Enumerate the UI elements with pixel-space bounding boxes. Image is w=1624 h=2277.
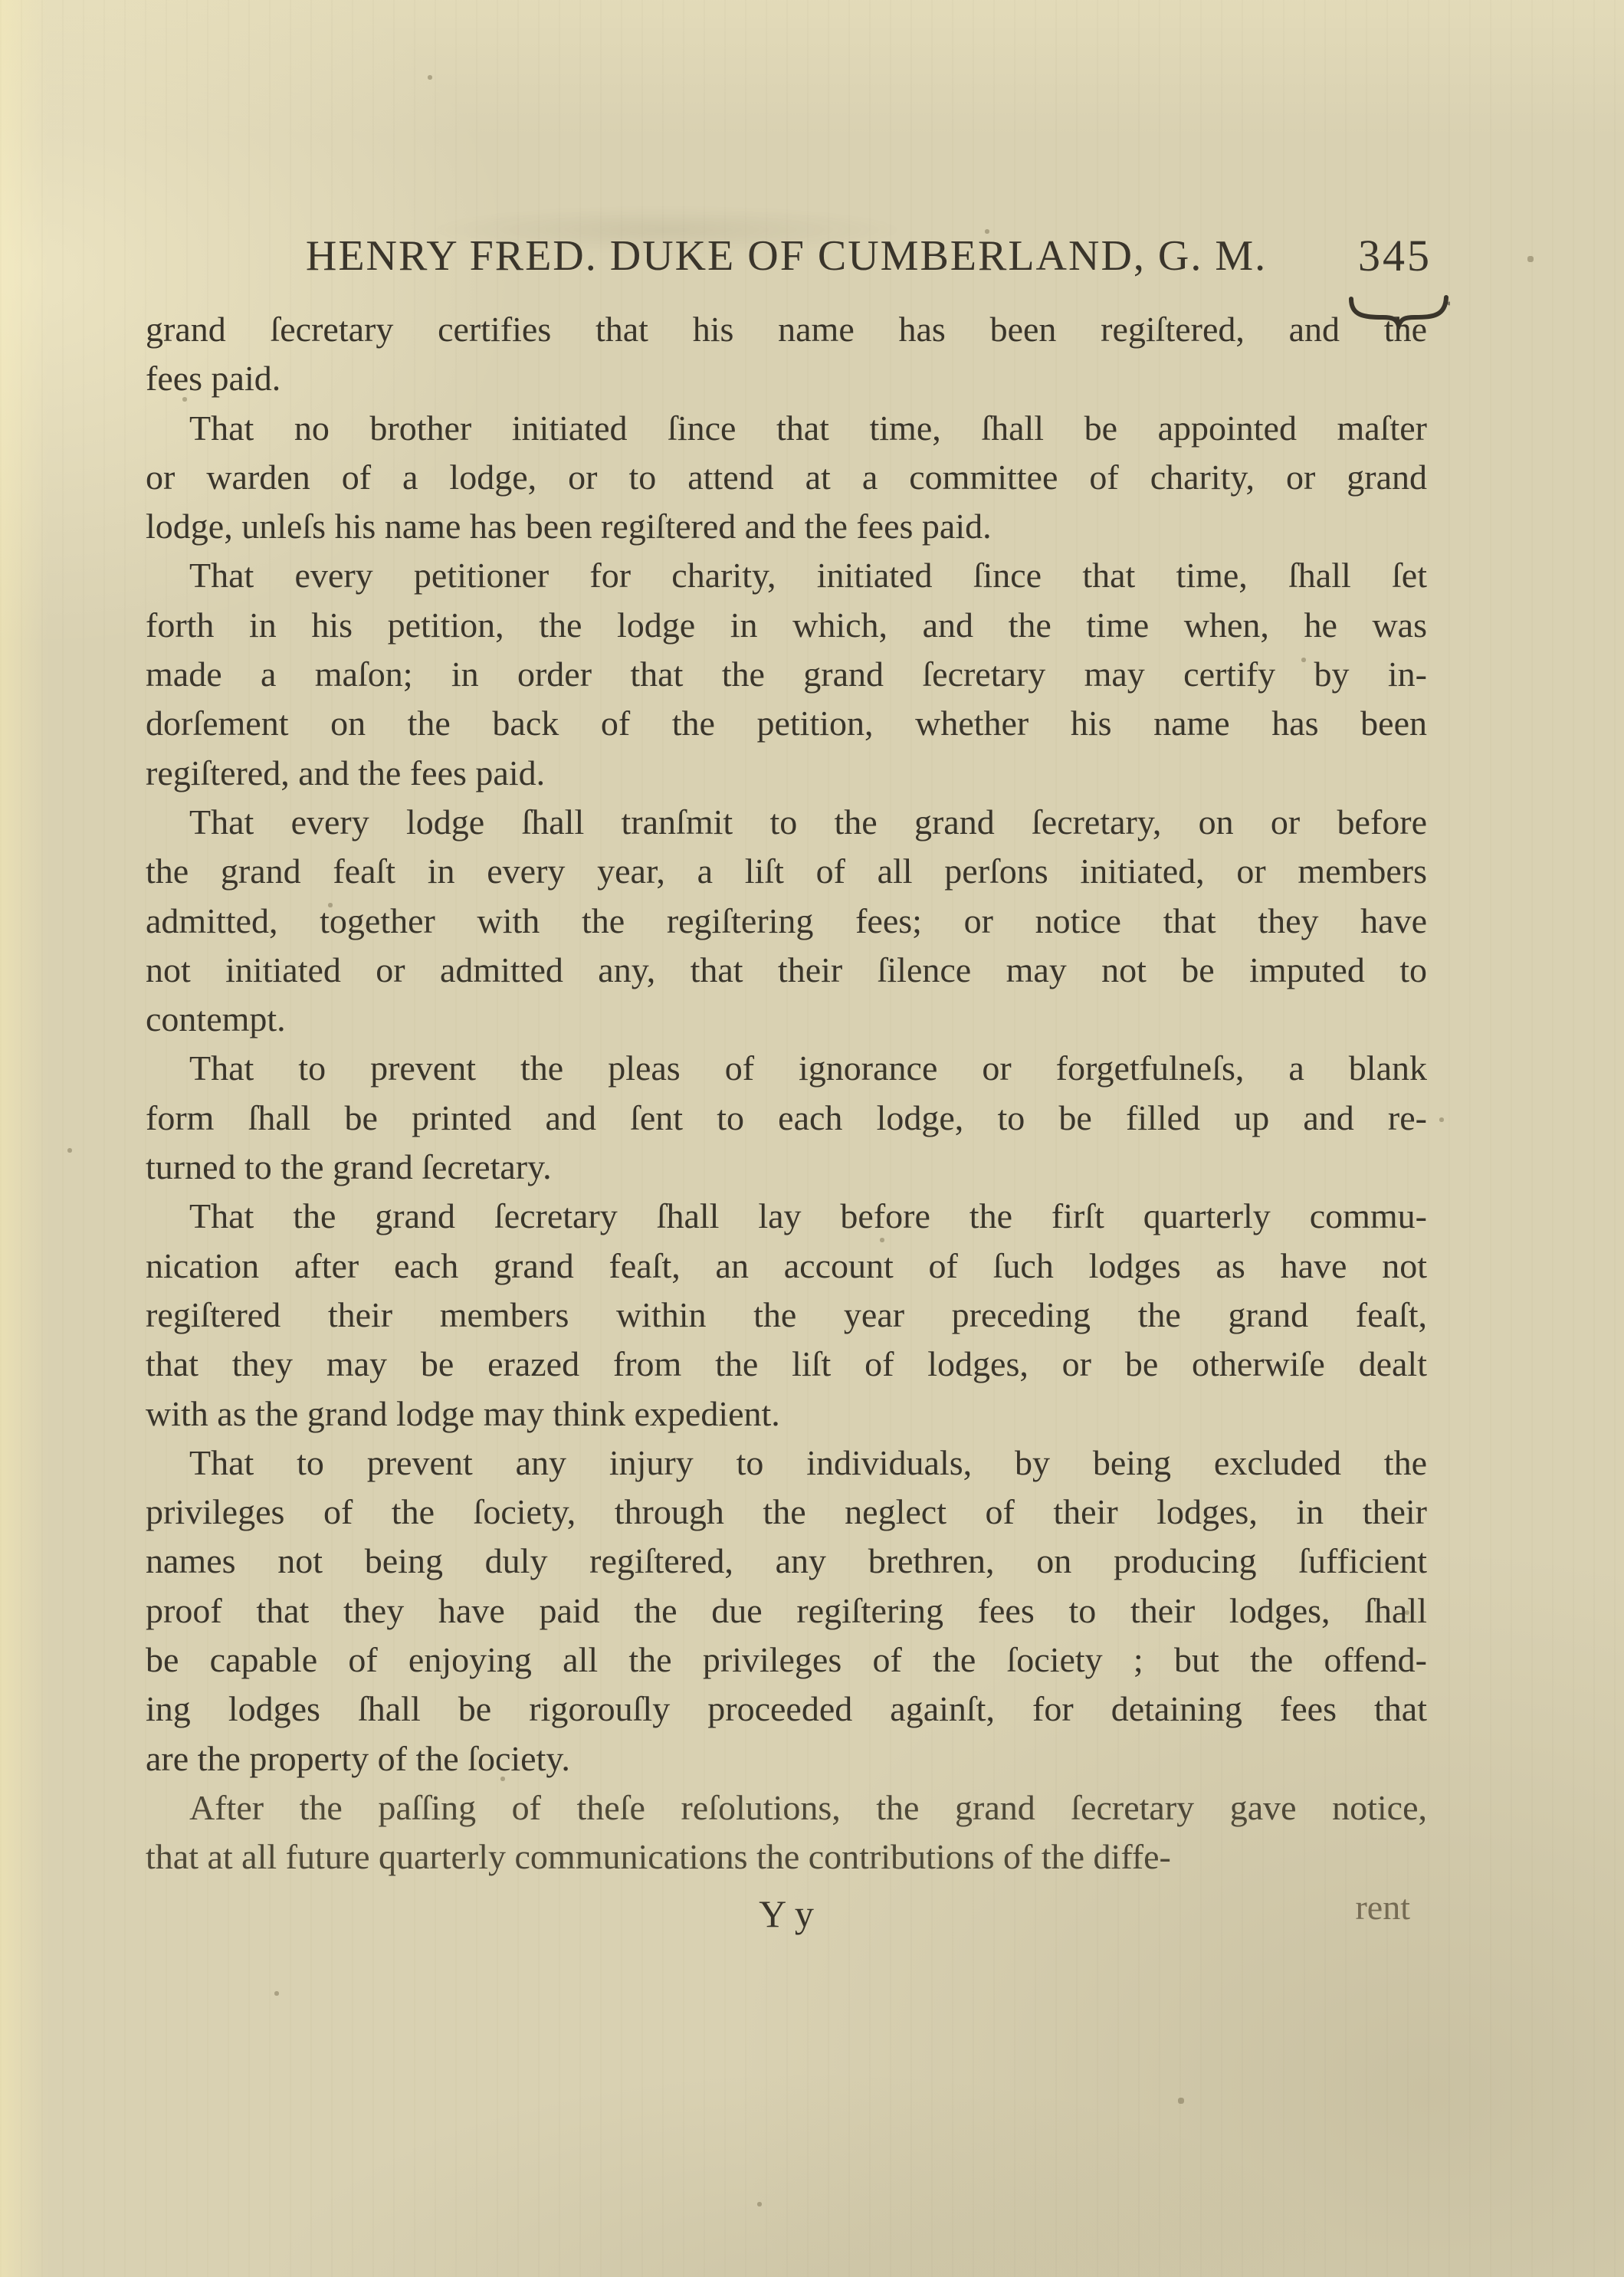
text-line: forth in his petition, the lodge in whic…: [146, 601, 1427, 650]
text-line: That to prevent any injury to individual…: [146, 1439, 1427, 1488]
text-line: admitted, together with the regiſtering …: [146, 897, 1427, 946]
paragraph: That to prevent the pleas of ignorance o…: [146, 1044, 1427, 1192]
text-line: not initiated or admitted any, that thei…: [146, 946, 1427, 995]
paragraph: That the grand ſecretary ſhall lay befor…: [146, 1192, 1427, 1438]
text-line: After the paſſing of theſe reſolutions, …: [146, 1783, 1427, 1832]
text-line: the grand feaſt in every year, a liſt of…: [146, 847, 1427, 896]
text-line: with as the grand lodge may think expedi…: [146, 1389, 1427, 1439]
text-line: be capable of enjoying all the privilege…: [146, 1636, 1427, 1685]
text-line: fees paid.: [146, 354, 1427, 403]
catchword: rent: [1355, 1887, 1410, 1928]
text-line: That no brother initiated ſince that tim…: [146, 404, 1427, 453]
paragraph: That every petitioner for charity, initi…: [146, 551, 1427, 797]
text-block: grand ſecretary certifies that his name …: [146, 305, 1427, 1882]
text-line: That the grand ſecretary ſhall lay befor…: [146, 1192, 1427, 1241]
text-line: or warden of a lodge, or to attend at a …: [146, 453, 1427, 502]
text-line: dorſement on the back of the petition, w…: [146, 699, 1427, 748]
text-line: privileges of the ſociety, through the n…: [146, 1488, 1427, 1537]
paragraph: That to prevent any injury to individual…: [146, 1439, 1427, 1783]
text-line: that at all future quarterly communicati…: [146, 1832, 1427, 1882]
text-line: form ſhall be printed and ſent to each l…: [146, 1094, 1427, 1143]
footer-row: Y y rent: [146, 1891, 1427, 1945]
text-line: are the property of the ſociety.: [146, 1734, 1427, 1783]
paragraph: That every lodge ſhall tranſmit to the g…: [146, 798, 1427, 1044]
text-line: That every petitioner for charity, initi…: [146, 551, 1427, 600]
text-line: regiſtered their members within the year…: [146, 1291, 1427, 1340]
text-line: That every lodge ſhall tranſmit to the g…: [146, 798, 1427, 847]
page-number: 345: [1358, 230, 1432, 281]
text-line: regiſtered, and the fees paid.: [146, 749, 1427, 798]
text-line: made a maſon; in order that the grand ſe…: [146, 650, 1427, 699]
text-line: turned to the grand ſecretary.: [146, 1143, 1427, 1192]
text-line: That to prevent the pleas of ignorance o…: [146, 1044, 1427, 1093]
paragraph: grand ſecretary certifies that his name …: [146, 305, 1427, 404]
paragraph: That no brother initiated ſince that tim…: [146, 404, 1427, 552]
text-line: lodge, unleſs his name has been regiſter…: [146, 502, 1427, 551]
text-line: proof that they have paid the due regiſt…: [146, 1586, 1427, 1636]
signature-mark: Y y: [146, 1891, 1427, 1936]
text-line: grand ſecretary certifies that his name …: [146, 305, 1427, 354]
text-line: that they may be erazed from the liſt of…: [146, 1340, 1427, 1389]
text-line: nication after each grand feaſt, an acco…: [146, 1242, 1427, 1291]
text-line: names not being duly regiſtered, any bre…: [146, 1537, 1427, 1586]
paragraph: After the paſſing of theſe reſolutions, …: [146, 1783, 1427, 1882]
book-page: HENRY FRED. DUKE OF CUMBERLAND, G. M. 34…: [0, 0, 1624, 2277]
running-head-title: HENRY FRED. DUKE OF CUMBERLAND, G. M.: [146, 231, 1427, 281]
text-line: contempt.: [146, 995, 1427, 1044]
text-line: ing lodges ſhall be rigorouſly proceeded…: [146, 1685, 1427, 1734]
